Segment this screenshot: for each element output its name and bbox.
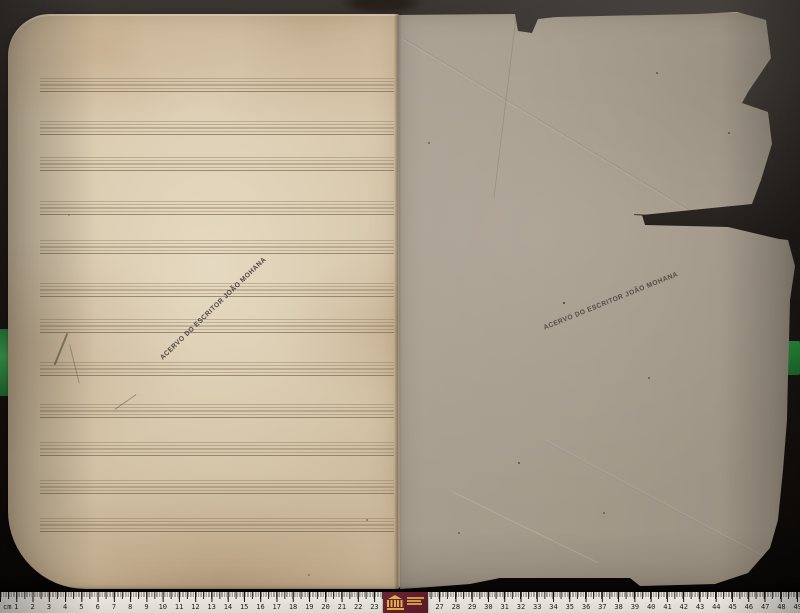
ruler-number: 14 [224,603,232,611]
music-staff [40,78,394,92]
ruler-number: 33 [533,603,541,611]
ruler-number: 19 [305,603,313,611]
music-staff [40,121,394,135]
ruler-number: 45 [728,603,736,611]
ruler-number: 5 [79,603,83,611]
archive-logo-plate [383,592,428,613]
ruler-number: 20 [321,603,329,611]
ruler-number: 7 [112,603,116,611]
ruler-number: 16 [256,603,264,611]
ruler-number: 42 [680,603,688,611]
paper-specks [8,14,10,16]
music-staff [40,157,394,171]
ruler-number: 18 [289,603,297,611]
ruler-number: 9 [144,603,148,611]
ruler-number: 48 [777,603,785,611]
music-staff [40,362,394,376]
ruler-number: 34 [549,603,557,611]
ruler-number: 38 [614,603,622,611]
ruler-number: 13 [207,603,215,611]
ruler-number: 21 [338,603,346,611]
ruler-number: 10 [159,603,167,611]
ruler-number: 8 [128,603,132,611]
ruler-number: 12 [191,603,199,611]
ruler-number: 2 [30,603,34,611]
music-staff [40,480,394,494]
ruler-number: 41 [663,603,671,611]
music-staff [40,404,394,418]
pencil-scratch [54,333,68,365]
music-staff [40,201,394,215]
crease-line [454,492,598,563]
ruler-number: 1 [14,603,18,611]
ruler-number: 37 [598,603,606,611]
measuring-ruler: cm12345678910111213141516171819202122232… [0,592,800,613]
ruler-number: 30 [484,603,492,611]
crease-line [403,38,701,218]
ruler-number: 3 [47,603,51,611]
music-staff [40,518,394,532]
ruler-number: 46 [745,603,753,611]
ruler-number: 43 [696,603,704,611]
archive-stamp-right: ACERVO DO ESCRITOR JOÃO MOHANA [543,265,694,331]
ruler-number: 39 [631,603,639,611]
ruler-number: 23 [370,603,378,611]
ruler-number: 22 [354,603,362,611]
ruler-number: 29 [468,603,476,611]
ruler-number: 27 [435,603,443,611]
ruler-number: 47 [761,603,769,611]
ruler-number: 44 [712,603,720,611]
music-staff [40,319,394,333]
spine-shadow [394,12,402,589]
ruler-number: 32 [517,603,525,611]
ruler-number: 31 [500,603,508,611]
archive-building-icon [387,595,404,610]
scanned-notebook-photo: ACERVO DO ESCRITOR JOÃO MOHANA ACERVO DO… [0,0,800,613]
tear-crack [634,212,784,226]
crease-line [545,440,777,565]
logo-text-lines [407,597,424,608]
ruler-unit-label: cm [3,603,11,611]
ruler-number: 40 [647,603,655,611]
music-manuscript-page: ACERVO DO ESCRITOR JOÃO MOHANA [8,14,400,589]
ruler-number: 35 [566,603,574,611]
archive-stamp-left: ACERVO DO ESCRITOR JOÃO MOHANA [159,250,275,362]
ruler-number: 17 [273,603,281,611]
ruler-number: 28 [452,603,460,611]
cardboard-back-cover: ACERVO DO ESCRITOR JOÃO MOHANA [398,12,800,589]
spine-top-shadow [338,0,424,14]
ruler-number: 49 [794,603,800,611]
music-staff [40,283,394,297]
music-staff [40,442,394,456]
music-staff [40,240,394,254]
ruler-number: 36 [582,603,590,611]
ruler-number: 6 [96,603,100,611]
ruler-number: 11 [175,603,183,611]
crease-line [493,14,517,198]
ruler-number: 15 [240,603,248,611]
ruler-number: 4 [63,603,67,611]
